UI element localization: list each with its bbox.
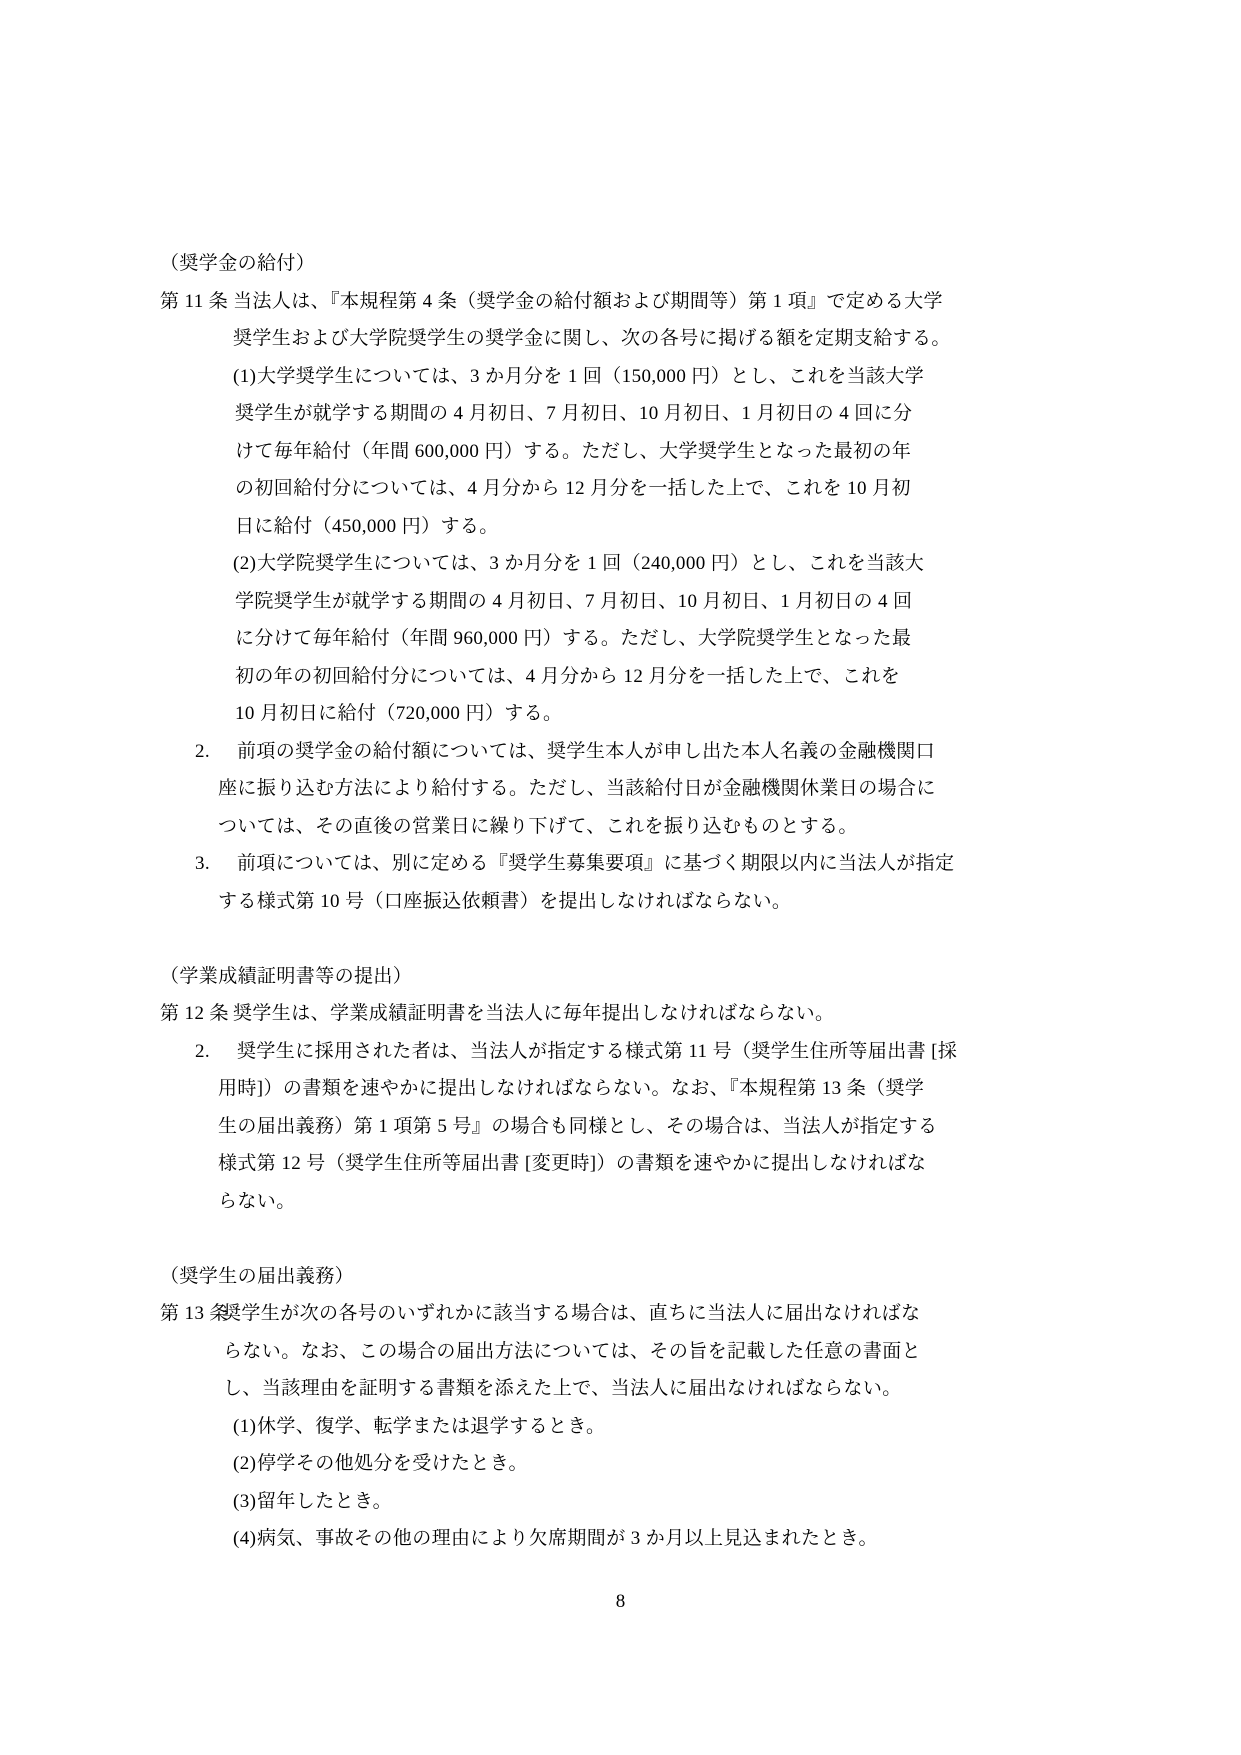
item-marker: (2) [233,545,257,583]
body-line: 生の届出義務）第 1 項第 5 号』の場合も同様とし、その場合は、当法人が指定す… [218,1108,1241,1146]
body-line: ついては、その直後の営業日に繰り下げて、これを振り込むものとする。 [218,808,1241,846]
item-text: 休学、復学、転学または退学するとき。 [257,1416,605,1437]
article-text: 奨学生が次の各号のいずれかに該当する場合は、直ちに当法人に届出なければな [222,1303,920,1324]
body-line: 様式第 12 号（奨学生住所等届出書 [変更時]）の書類を速やかに提出しなければ… [218,1145,1241,1183]
body-line: 奨学生が就学する期間の 4 月初日、7 月初日、10 月初日、1 月初日の 4 … [235,395,1241,433]
article-line: 第 12 条奨学生は、学業成績証明書を当法人に毎年提出しなければならない。 [160,995,1241,1033]
item-line: (3)留年したとき。 [233,1483,1241,1521]
clause-number: 3. [195,845,237,883]
item-text: 大学院奨学生については、3 か月分を 1 回（240,000 円）とし、これを当… [257,553,924,574]
body-line: する様式第 10 号（口座振込依頼書）を提出しなければならない。 [218,883,1241,921]
body-line: けて毎年給付（年間 600,000 円）する。ただし、大学奨学生となった最初の年 [235,433,1241,471]
document-body: （奨学金の給付） 第 11 条当法人は、『本規程第 4 条（奨学金の給付額および… [0,245,1241,1558]
item-line: (2)停学その他処分を受けたとき。 [233,1445,1241,1483]
section-heading: （学業成績証明書等の提出） [160,958,1241,996]
clause-number: 2. [195,733,237,771]
item-line: (1)大学奨学生については、3 か月分を 1 回（150,000 円）とし、これ… [233,358,1241,396]
clause-text: 前項については、別に定める『奨学生募集要項』に基づく期限以内に当法人が指定 [237,853,954,874]
item-marker: (1) [233,1408,257,1446]
body-line: 学院奨学生が就学する期間の 4 月初日、7 月初日、10 月初日、1 月初日の … [235,583,1241,621]
body-line: に分けて毎年給付（年間 960,000 円）する。ただし、大学院奨学生となった最 [235,620,1241,658]
blank-line [0,920,1241,958]
body-line: 座に振り込む方法により給付する。ただし、当該給付日が金融機関休業日の場合に [218,770,1241,808]
article-text: 当法人は、『本規程第 4 条（奨学金の給付額および期間等）第 1 項』で定める大… [233,291,943,312]
item-marker: (4) [233,1520,257,1558]
article-number: 第 13 条 [160,1295,222,1333]
body-line: 日に給付（450,000 円）する。 [235,508,1241,546]
clause-line: 3.前項については、別に定める『奨学生募集要項』に基づく期限以内に当法人が指定 [195,845,1241,883]
body-line: し、当該理由を証明する書類を添えた上で、当法人に届出なければならない。 [223,1370,1241,1408]
article-text: 奨学生は、学業成績証明書を当法人に毎年提出しなければならない。 [233,1003,834,1024]
clause-number: 2. [195,1033,237,1071]
item-text: 停学その他処分を受けたとき。 [257,1453,528,1474]
clause-line: 2.奨学生に採用された者は、当法人が指定する様式第 11 号（奨学生住所等届出書… [195,1033,1241,1071]
section-heading: （奨学生の届出義務） [160,1258,1241,1296]
clause-line: 2.前項の奨学金の給付額については、奨学生本人が申し出た本人名義の金融機関口 [195,733,1241,771]
item-line: (4)病気、事故その他の理由により欠席期間が 3 か月以上見込まれたとき。 [233,1520,1241,1558]
item-marker: (3) [233,1483,257,1521]
blank-line [0,1220,1241,1258]
body-line: の初回給付分については、4 月分から 12 月分を一括した上で、これを 10 月… [235,470,1241,508]
item-line: (1)休学、復学、転学または退学するとき。 [233,1408,1241,1446]
body-line: 10 月初日に給付（720,000 円）する。 [235,695,1241,733]
body-line: らない。 [218,1183,1241,1221]
clause-text: 前項の奨学金の給付額については、奨学生本人が申し出た本人名義の金融機関口 [237,741,935,762]
article-number: 第 12 条 [160,995,233,1033]
document-page: （奨学金の給付） 第 11 条当法人は、『本規程第 4 条（奨学金の給付額および… [0,0,1241,1755]
item-line: (2)大学院奨学生については、3 か月分を 1 回（240,000 円）とし、こ… [233,545,1241,583]
body-line: らない。なお、この場合の届出方法については、その旨を記載した任意の書面と [223,1333,1241,1371]
item-text: 大学奨学生については、3 か月分を 1 回（150,000 円）とし、これを当該… [257,366,924,387]
body-line: 初の年の初回給付分については、4 月分から 12 月分を一括した上で、これを [235,658,1241,696]
clause-text: 奨学生に採用された者は、当法人が指定する様式第 11 号（奨学生住所等届出書 [… [237,1041,957,1062]
article-line: 第 13 条奨学生が次の各号のいずれかに該当する場合は、直ちに当法人に届出なけれ… [160,1295,1241,1333]
article-line: 第 11 条当法人は、『本規程第 4 条（奨学金の給付額および期間等）第 1 項… [160,283,1241,321]
item-text: 病気、事故その他の理由により欠席期間が 3 か月以上見込まれたとき。 [257,1528,878,1549]
item-marker: (1) [233,358,257,396]
section-heading: （奨学金の給付） [160,245,1241,283]
page-number: 8 [0,1583,1241,1621]
item-text: 留年したとき。 [257,1491,392,1512]
item-marker: (2) [233,1445,257,1483]
body-line: 用時]）の書類を速やかに提出しなければならない。なお、『本規程第 13 条（奨学 [218,1070,1241,1108]
article-number: 第 11 条 [160,283,233,321]
body-line: 奨学生および大学院奨学生の奨学金に関し、次の各号に掲げる額を定期支給する。 [233,320,1241,358]
